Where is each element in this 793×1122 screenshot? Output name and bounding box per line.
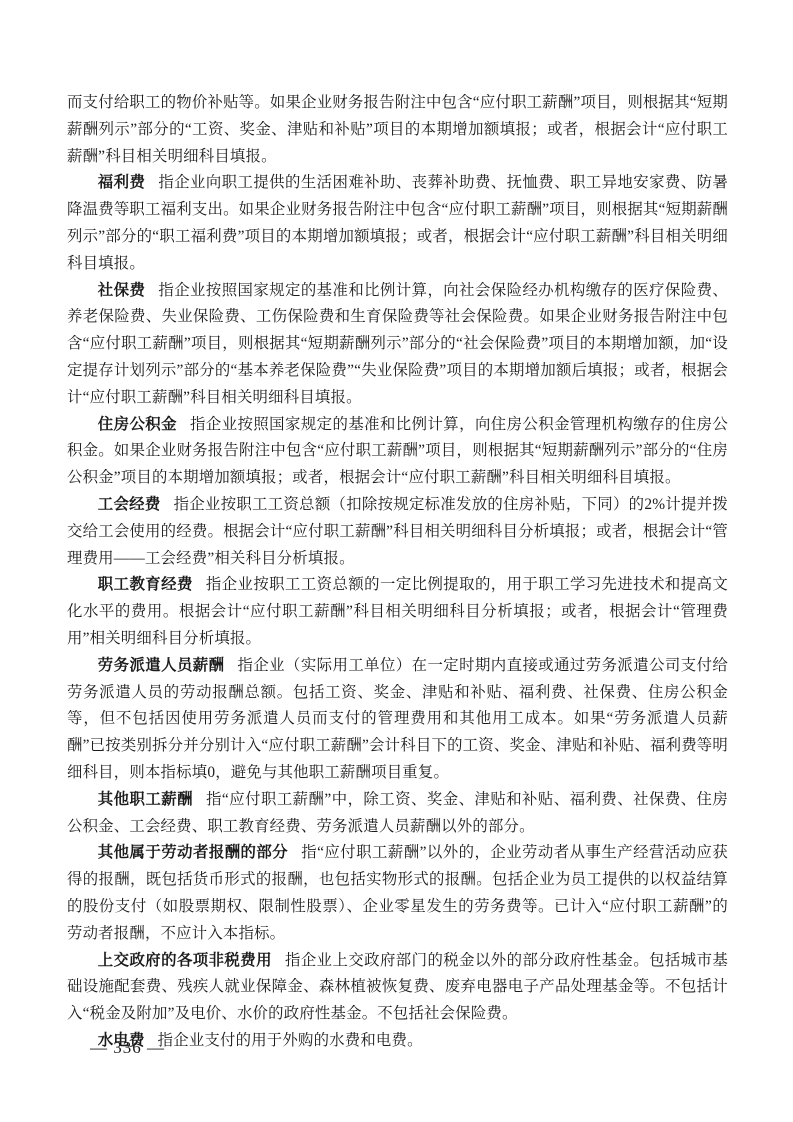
paragraph-non-tax-payments-to-government: 上交政府的各项非税费用指企业上交政府部门的税金以外的部分政府性基金。包括城市基础…: [67, 948, 728, 1028]
term-label: 福利费: [98, 174, 146, 191]
term-label: 工会经费: [98, 496, 161, 513]
definition-text: 指企业按照国家规定的基准和比例计算，向社会保险经办机构缴存的医疗保险费、养老保险…: [67, 282, 728, 406]
term-label: 住房公积金: [98, 416, 177, 433]
term-label: 社保费: [98, 282, 146, 299]
term-label: 上交政府的各项非税费用: [98, 952, 272, 969]
paragraph-continuation: 而支付给职工的物价补贴等。如果企业财务报告附注中包含“应付职工薪酬”项目，则根据…: [67, 90, 728, 170]
document-body: 而支付给职工的物价补贴等。如果企业财务报告附注中包含“应付职工薪酬”项目，则根据…: [67, 90, 728, 1055]
definition-text: 指企业向职工提供的生活困难补助、丧葬补助费、抚恤费、职工异地安家费、防暑降温费等…: [67, 174, 728, 271]
paragraph-employee-education-funds: 职工教育经费指企业按职工工资总额的一定比例提取的，用于职工学习先进技术和提高文化…: [67, 572, 728, 652]
page-number: — 336 —: [90, 1038, 165, 1058]
term-label: 劳务派遣人员薪酬: [98, 657, 225, 674]
term-label: 其他职工薪酬: [98, 791, 193, 808]
definition-text: 指企业（实际用工单位）在一定时期内直接或通过劳务派遣公司支付给劳务派遣人员的劳动…: [67, 657, 728, 781]
term-label: 其他属于劳动者报酬的部分: [98, 844, 288, 861]
paragraph-union-funds: 工会经费指企业按职工工资总额（扣除按规定标准发放的住房补贴，下同）的2%计提并拨…: [67, 492, 728, 572]
paragraph-welfare-fee: 福利费指企业向职工提供的生活困难补助、丧葬补助费、抚恤费、职工异地安家费、防暑降…: [67, 170, 728, 277]
paragraph-housing-fund: 住房公积金指企业按照国家规定的基准和比例计算，向住房公积金管理机构缴存的住房公积…: [67, 412, 728, 492]
paragraph-social-insurance-fee: 社保费指企业按照国家规定的基准和比例计算，向社会保险经办机构缴存的医疗保险费、养…: [67, 278, 728, 412]
paragraph-water-electricity-fee: 水电费指企业支付的用于外购的水费和电费。: [67, 1028, 728, 1055]
definition-text: 指企业支付的用于外购的水费和电费。: [158, 1032, 423, 1049]
definition-text: 而支付给职工的物价补贴等。如果企业财务报告附注中包含“应付职工薪酬”项目，则根据…: [67, 94, 728, 165]
paragraph-labor-dispatch-compensation: 劳务派遣人员薪酬指企业（实际用工单位）在一定时期内直接或通过劳务派遣公司支付给劳…: [67, 653, 728, 787]
definition-text: 指企业按职工工资总额（扣除按规定标准发放的住房补贴，下同）的2%计提并拨交给工会…: [67, 496, 728, 567]
paragraph-other-employee-compensation: 其他职工薪酬指“应付职工薪酬”中，除工资、奖金、津贴和补贴、福利费、社保费、住房…: [67, 787, 728, 841]
paragraph-other-labor-remuneration: 其他属于劳动者报酬的部分指“应付职工薪酬”以外的，企业劳动者从事生产经营活动应获…: [67, 840, 728, 947]
document-page: 而支付给职工的物价补贴等。如果企业财务报告附注中包含“应付职工薪酬”项目，则根据…: [0, 0, 793, 1122]
term-label: 职工教育经费: [98, 576, 193, 593]
